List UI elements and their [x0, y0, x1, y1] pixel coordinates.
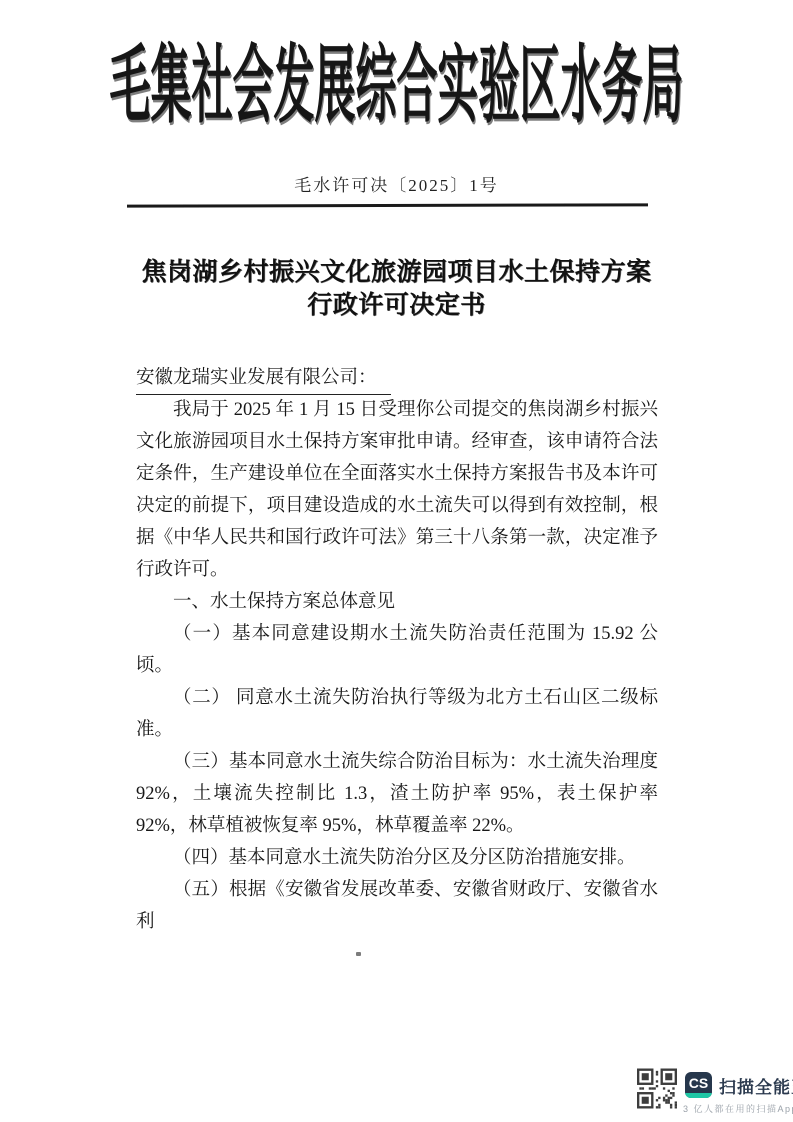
- body-paragraph: 一、水土保持方案总体意见: [136, 586, 658, 618]
- camscanner-app-name: 扫描全能王: [719, 1073, 793, 1098]
- addressee: 安徽龙瑞实业发展有限公司：: [136, 364, 391, 395]
- document-title-line1: 焦岗湖乡村振兴文化旅游园项目水土保持方案: [0, 256, 793, 289]
- document-number: 毛水许可决〔2025〕1号: [0, 171, 793, 196]
- camscanner-logo-icon: CS: [685, 1072, 712, 1098]
- body-paragraph: （一）基本同意建设期水土流失防治责任范围为 15.92 公顷。: [136, 618, 658, 682]
- addressee-line: 安徽龙瑞实业发展有限公司：: [136, 362, 658, 394]
- agency-letterhead: 毛集社会发展综合实验区水务局: [0, 44, 793, 129]
- body-paragraph: 我局于 2025 年 1 月 15 日受理你公司提交的焦岗湖乡村振兴文化旅游园项…: [136, 394, 658, 586]
- body-paragraph: （四）基本同意水土流失防治分区及分区防治措施安排。: [136, 842, 658, 874]
- letterhead-divider: [127, 203, 648, 207]
- logo-letters: CS: [685, 1073, 712, 1094]
- body-paragraph: （三）基本同意水土流失综合防治目标为：水土流失治理度 92%，土壤流失控制比 1…: [136, 746, 658, 842]
- camscanner-tagline: 3 亿人都在用的扫描App: [683, 1102, 793, 1115]
- paragraph-list: 我局于 2025 年 1 月 15 日受理你公司提交的焦岗湖乡村振兴文化旅游园项…: [136, 394, 658, 938]
- camscanner-watermark: CS 扫描全能王 3 亿人都在用的扫描App: [637, 1066, 787, 1116]
- document-title-line2: 行政许可决定书: [0, 289, 793, 322]
- document-body: 安徽龙瑞实业发展有限公司： 我局于 2025 年 1 月 15 日受理你公司提交…: [136, 362, 658, 938]
- qr-code: [637, 1068, 677, 1109]
- body-paragraph: （五）根据《安徽省发展改革委、安徽省财政厅、安徽省水利: [136, 874, 658, 938]
- scan-artifact-dot: [356, 952, 361, 956]
- document-title: 焦岗湖乡村振兴文化旅游园项目水土保持方案 行政许可决定书: [0, 256, 793, 322]
- body-paragraph: （二） 同意水土流失防治执行等级为北方土石山区二级标准。: [136, 682, 658, 746]
- document-page: 毛集社会发展综合实验区水务局 毛水许可决〔2025〕1号 焦岗湖乡村振兴文化旅游…: [0, 0, 793, 1122]
